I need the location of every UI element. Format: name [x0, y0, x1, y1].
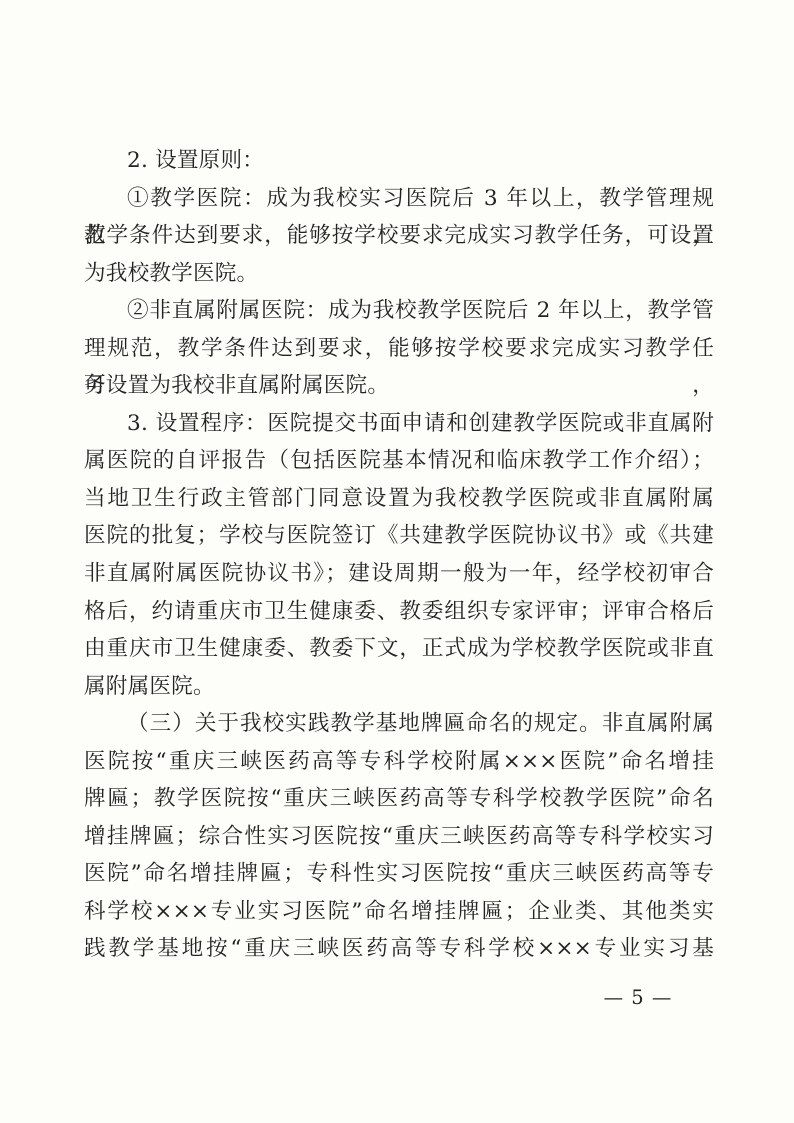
text-line: 理规范，教学条件达到要求，能够按学校要求完成实习教学任务，: [84, 330, 714, 368]
text-line: 医院”命名增挂牌匾；专科性实习医院按“重庆三峡医药高等专: [84, 855, 714, 893]
text-line: 属医院的自评报告（包括医院基本情况和临床教学工作介绍）；: [84, 442, 714, 480]
text-line: 格后，约请重庆市卫生健康委、教委组织专家评审；评审合格后: [84, 593, 714, 631]
text-line: 医院按“重庆三峡医药高等专科学校附属×××医院”命名增挂: [84, 743, 714, 781]
text-line: 科学校×××专业实习医院”命名增挂牌匾；企业类、其他类实: [84, 893, 714, 931]
text-line: 为我校教学医院。: [84, 255, 714, 293]
text-line: 属附属医院。: [84, 668, 714, 706]
text-line: （三）关于我校实践教学基地牌匾命名的规定。非直属附属: [84, 705, 714, 743]
text-line: 增挂牌匾；综合性实习医院按“重庆三峡医药高等专科学校实习: [84, 818, 714, 856]
text-line: 牌匾；教学医院按“重庆三峡医药高等专科学校教学医院”命名: [84, 780, 714, 818]
text-line: 践教学基地按“重庆三峡医药高等专科学校×××专业实习基: [84, 930, 714, 968]
page-number: — 5 —: [596, 985, 680, 1011]
text-line: 当地卫生行政主管部门同意设置为我校教学医院或非直属附属: [84, 480, 714, 518]
text-line: ②非直属附属医院：成为我校教学医院后 2 年以上，教学管: [84, 292, 714, 330]
document-page: 2. 设置原则：①教学医院：成为我校实习医院后 3 年以上，教学管理规范，教学条…: [0, 0, 794, 1123]
text-line: 医院的批复；学校与医院签订《共建教学医院协议书》或《共建: [84, 517, 714, 555]
document-body-text: 2. 设置原则：①教学医院：成为我校实习医院后 3 年以上，教学管理规范，教学条…: [84, 142, 714, 968]
text-line: ①教学医院：成为我校实习医院后 3 年以上，教学管理规范，: [84, 180, 714, 218]
text-line: 教学条件达到要求，能够按学校要求完成实习教学任务，可设置: [84, 217, 714, 255]
text-line: 2. 设置原则：: [84, 142, 714, 180]
text-line: 非直属附属医院协议书》；建设周期一般为一年，经学校初审合: [84, 555, 714, 593]
text-line: 3. 设置程序：医院提交书面申请和创建教学医院或非直属附: [84, 405, 714, 443]
text-line: 由重庆市卫生健康委、教委下文，正式成为学校教学医院或非直: [84, 630, 714, 668]
